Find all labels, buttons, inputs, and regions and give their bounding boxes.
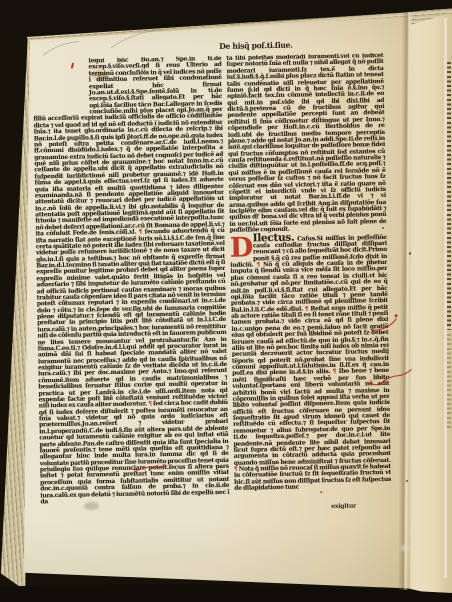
rubric-initial: D [230,235,251,262]
catchword: exigitur [304,502,384,510]
body-text: ſecundo aduertendũ q̃ cũ iſta narratio ſ… [36,227,228,410]
page-content: De hisq̃ poſ.ti.ſiue. ſequi bñc Bo.an.⁊ … [0,0,452,602]
body-text: Ibo bene ⁊ bene mẽti ſignificaſti hæc ve… [232,367,391,466]
text-column-right: ta ſibi poteſtas moderãdi iuramenti.vel … [226,53,391,506]
red-pen-dot [395,314,398,317]
text-column-left: ſequi bñc Bo.an.⁊ Spe.in ti.de excep.§.v… [32,56,229,507]
column-indent-gap [32,58,89,113]
body-text: ta ſibi poteſtas moderãdi iuramenti.vel … [226,53,386,234]
body-text: Reſtat ergo miſſio q̃ petit ab actore ra… [231,304,389,378]
gloss-continuation: ta ſibi poteſtas moderãdi iuramenti.vel … [226,53,386,234]
body-text: Nota q̃ miſſio nõ reuocaſ ſi miſſus quær… [234,463,391,492]
chapter-section: D Ilectus. Caſus.Si miſſus in poſſeſſiõe… [230,231,392,492]
book-photo: De hisq̃ poſ.ti.ſiue. ſequi bñc Bo.an.⁊ … [0,0,452,602]
rubric-dot [320,491,322,493]
running-title: De hisq̃ poſ.ti.ſiue. [219,40,293,51]
body-text: ſed circa hoc cadit dubiũ qd ſi iudex de… [39,399,230,505]
scratch-hairline [43,42,79,56]
scratch-hairline [111,30,159,48]
